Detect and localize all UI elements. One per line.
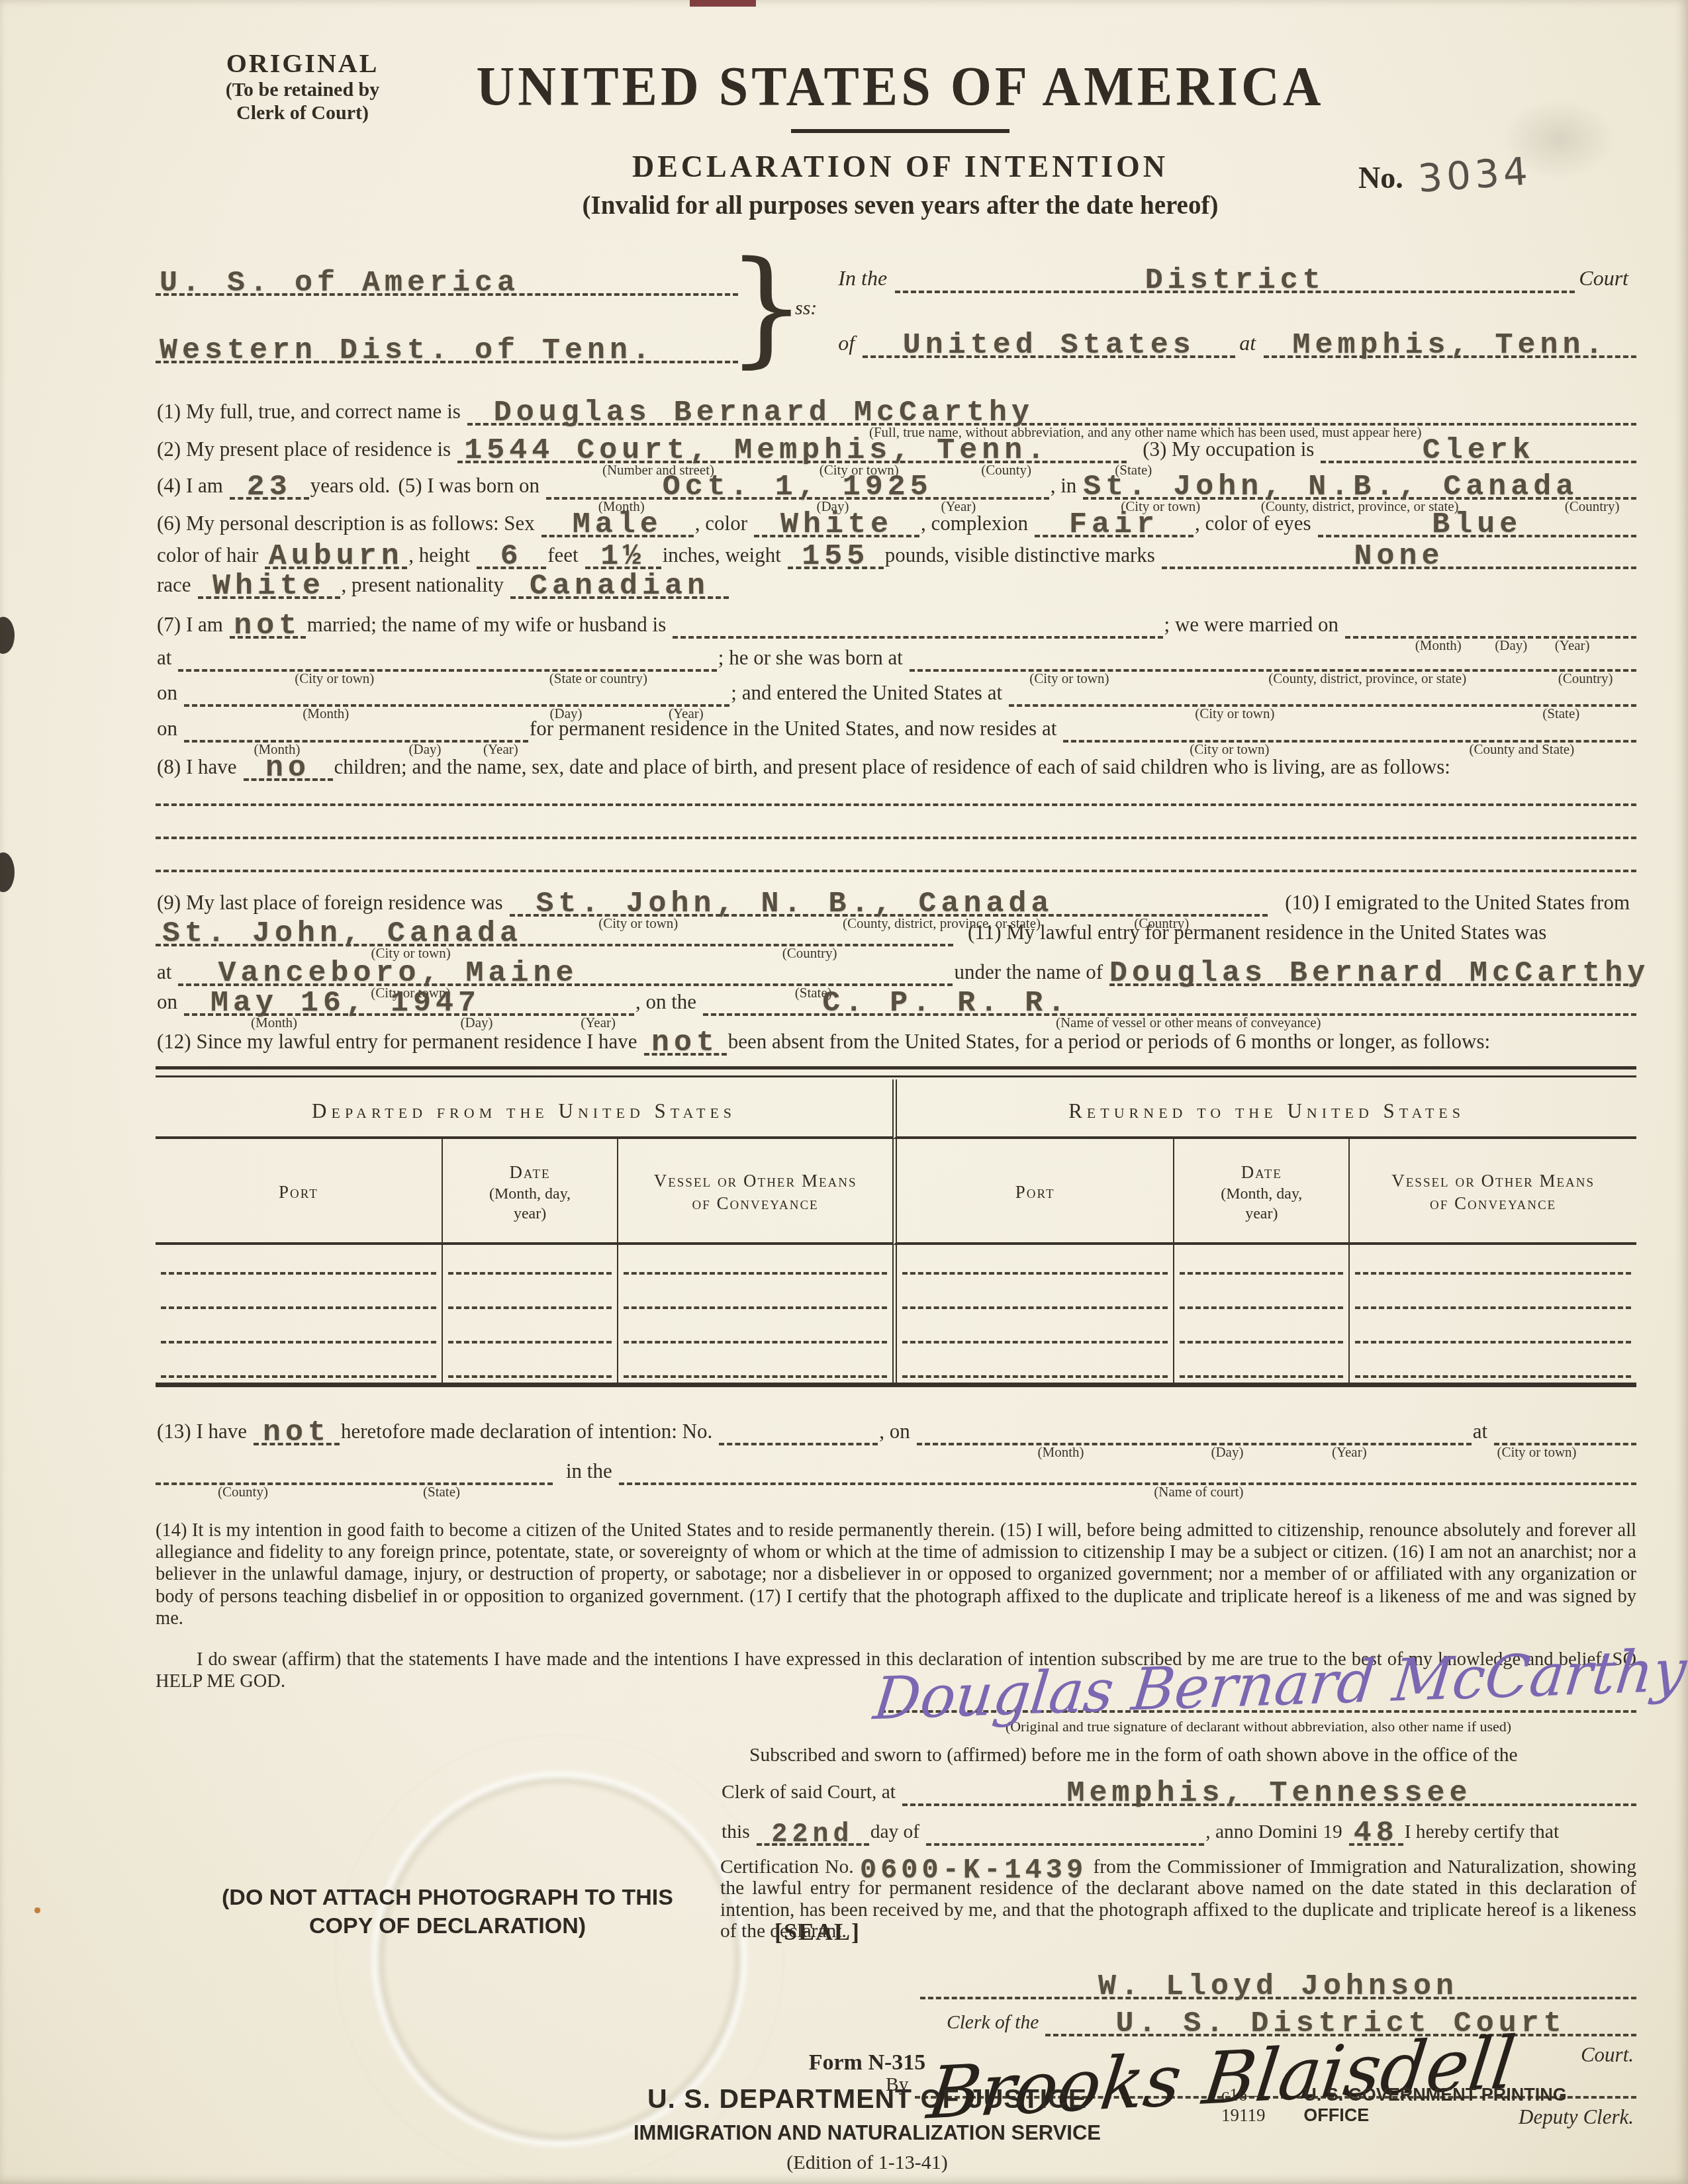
- q9-sub-country: (Country): [1134, 917, 1189, 931]
- clerk-of-the-label: Clerk of the: [945, 2012, 1045, 2036]
- day-of-label: day of: [869, 1821, 927, 1846]
- q7-row1: (7) I am not married; the name of my wif…: [156, 599, 1636, 639]
- table-cell: [1173, 1279, 1348, 1314]
- q13-sub-month: (Month): [1038, 1445, 1084, 1459]
- gpo-label: U. S. GOVERNMENT PRINTING OFFICE: [1303, 2085, 1617, 2126]
- q6-color: White: [780, 511, 893, 539]
- q7-perm-sub-year: (Year): [483, 743, 518, 756]
- table-cell: [1348, 1348, 1636, 1383]
- q6-hair: Auburn: [269, 543, 404, 571]
- court-title-row: Clerk of the U. S. District Court Court.: [945, 1999, 1636, 2036]
- q11-on-the-label: , on the: [634, 991, 703, 1016]
- table-cell: [617, 1279, 892, 1314]
- q6-eyes: Blue: [1432, 511, 1522, 539]
- q13-court-line: (Name of court): [619, 1482, 1636, 1485]
- q8-label: (8) I have: [156, 756, 244, 781]
- col-header-port-departed: Port: [156, 1139, 442, 1245]
- q7-at-line: (City or town) (State or country): [178, 669, 716, 672]
- q6-sex: Male: [573, 511, 663, 539]
- q11-name: Douglas Bernard McCarthy: [1109, 960, 1650, 988]
- q8-row: (8) I have no children; and the name, se…: [156, 743, 1636, 781]
- q6-color-line: White: [754, 506, 919, 537]
- q7-on-sub-month: (Month): [303, 707, 349, 721]
- year-value: 48: [1354, 1819, 1399, 1848]
- table-cell: [617, 1348, 892, 1383]
- q11-sub-vessel: (Name of vessel or other means of convey…: [1056, 1016, 1321, 1030]
- clerk-place-value: Memphis, Tennessee: [1066, 1780, 1472, 1808]
- department-name: U. S. DEPARTMENT OF JUSTICE: [629, 2083, 1105, 2115]
- table-cell: [442, 1245, 617, 1279]
- venue-line-1: U. S. of America: [156, 261, 738, 296]
- q13-label2: heretofore made declaration of intention…: [340, 1421, 719, 1445]
- table-cell: [1348, 1279, 1636, 1314]
- table-header-departed: Departed from the United States: [156, 1079, 892, 1139]
- col-header-date-returned: Date (Month, day, year): [1173, 1139, 1348, 1245]
- q13-date-line: (Month) (Day) (Year): [917, 1443, 1472, 1445]
- q7-perm-sub-day: (Day): [409, 743, 442, 756]
- q6-complexion-label: , complexion: [919, 513, 1035, 537]
- q7-perm-label: for permanent residence in the United St…: [528, 718, 1063, 743]
- clerk-name-row: W. Lloyd Johnson: [920, 1957, 1636, 1999]
- q13-value: not: [263, 1419, 330, 1447]
- children-blank-row: [156, 806, 1636, 839]
- q7-resides-sub-county: (County and State): [1470, 743, 1575, 756]
- q7-born-sub-city: (City or town): [1029, 672, 1109, 686]
- q7-sub-day: (Day): [1495, 639, 1527, 653]
- q7-entered-label: ; and entered the United States at: [729, 682, 1009, 707]
- printing-office-footer: c16—19119 U. S. GOVERNMENT PRINTING OFFI…: [1221, 2085, 1617, 2126]
- q6-marks-label: pounds, visible distinctive marks: [884, 545, 1162, 569]
- table-cell: [617, 1314, 892, 1348]
- q6-race-label: race: [156, 574, 198, 599]
- print-code: c16—19119: [1221, 2085, 1303, 2126]
- q4-label2: years old.: [309, 475, 397, 500]
- certification-text: from the Commissioner of Immigration and…: [720, 1856, 1636, 1942]
- photo-note-line2: COPY OF DECLARATION): [167, 1912, 728, 1940]
- q7-row4: on (Month) (Day) (Year) for permanent re…: [156, 707, 1636, 743]
- q13-on-label: , on: [878, 1421, 917, 1445]
- col-label: year): [514, 1204, 546, 1224]
- table-header-returned: Returned to the United States: [892, 1079, 1636, 1139]
- q11-vessel-line: C. P. R. R. (Name of vessel or other mea…: [703, 985, 1636, 1016]
- of-label: of: [834, 331, 863, 358]
- photo-note-line1: (DO NOT ATTACH PHOTOGRAPH TO THIS: [167, 1884, 728, 1912]
- court-of-value: United States: [903, 332, 1196, 360]
- q5-place: St. John, N.B., Canada: [1083, 473, 1578, 502]
- q10-line: St. John, Canada (City or town) (Country…: [156, 915, 953, 946]
- col-label: Vessel or Other Means: [1391, 1170, 1595, 1193]
- q6-sex-line: Male: [541, 506, 694, 537]
- col-label: of Conveyance: [1430, 1193, 1556, 1215]
- year-line: 48: [1349, 1815, 1403, 1846]
- at-label: at: [1235, 331, 1264, 358]
- q6-row3: race White , present nationality Canadia…: [156, 569, 1636, 599]
- q6-marks-line: None: [1162, 538, 1636, 569]
- brace-glyph: }: [738, 256, 795, 358]
- service-name: IMMIGRATION AND NATURALIZATION SERVICE: [629, 2121, 1105, 2145]
- col-label: (Month, day,: [1221, 1184, 1302, 1204]
- q5-date: Oct. 1, 1925: [663, 473, 933, 502]
- q7-value: not: [234, 612, 301, 641]
- q11-date-line: May 16, 1947 (Month) (Day) (Year): [184, 985, 634, 1016]
- venue-section: U. S. of America Western Dist. of Tenn. …: [156, 261, 1636, 363]
- clerk-at-label: Clerk of said Court, at: [720, 1782, 902, 1806]
- number-value: 3034: [1417, 148, 1533, 201]
- q5-place-line: St. John, N.B., Canada (City or town) (C…: [1083, 469, 1636, 500]
- table-cell: [156, 1279, 442, 1314]
- q7-on-line: (Month) (Day) (Year): [184, 704, 729, 707]
- blank-line: [156, 803, 1636, 806]
- q6-feet: 6: [500, 543, 523, 571]
- q6-race: White: [212, 572, 325, 601]
- q11-under-label: under the name of: [953, 962, 1109, 986]
- q12-label: (12) Since my lawful entry for permanent…: [156, 1031, 644, 1056]
- q6-weight: 155: [802, 543, 869, 571]
- form-body: (1) My full, true, and correct name is D…: [156, 387, 1636, 1711]
- absence-table: Departed from the United States Returned…: [156, 1079, 1636, 1387]
- q6-row2: color of hair Auburn , height 6 feet 1½ …: [156, 537, 1636, 569]
- q10-row: St. John, Canada (City or town) (Country…: [156, 917, 1636, 946]
- q6-color-label: , color: [694, 513, 754, 537]
- q5-label: (5) I was born on: [397, 475, 546, 500]
- table-cell: [617, 1245, 892, 1279]
- q11-vessel: C. P. R. R.: [822, 989, 1070, 1018]
- q4-value: 23: [247, 473, 292, 502]
- q6-complexion: Fair: [1069, 511, 1159, 539]
- q11-date: May 16, 1947: [211, 989, 481, 1018]
- table-cell: [442, 1314, 617, 1348]
- jurat-section: Douglas Bernard McCarthy (Original and t…: [720, 1643, 1636, 2099]
- q6-feet-line: 6: [477, 538, 546, 569]
- subscribed-line: Subscribed and sworn to (affirmed) befor…: [720, 1745, 1636, 1766]
- q13-sub-day: (Day): [1211, 1445, 1243, 1459]
- q6-inches-word: inches, weight: [661, 545, 788, 569]
- court-of-row: of United States at Memphis, Tenn.: [834, 326, 1636, 358]
- court-word: Court: [1575, 266, 1636, 293]
- q7-born-line: (City or town) (County, district, provin…: [910, 669, 1636, 672]
- q7-spouse-line: [673, 636, 1162, 639]
- table-cell: [1173, 1348, 1348, 1383]
- q6-hair-line: Auburn: [265, 538, 407, 569]
- q11-name-line: Douglas Bernard McCarthy: [1109, 955, 1636, 986]
- q4-q5-row: (4) I am 23 years old. (5) I was born on…: [156, 463, 1636, 500]
- q7-entered-line: (City or town) (State): [1009, 704, 1636, 707]
- q7-sub-month: (Month): [1415, 639, 1462, 653]
- q7-row2: at (City or town) (State or country) ; h…: [156, 639, 1636, 672]
- q11-sub-month: (Month): [251, 1016, 297, 1030]
- q13-county-line: (County) (State): [156, 1482, 553, 1485]
- court-at-line: Memphis, Tenn.: [1264, 327, 1636, 358]
- q7-on-sub-day: (Day): [550, 707, 583, 721]
- q7-on2-label: on: [156, 718, 184, 743]
- q13-line: not: [254, 1414, 340, 1445]
- q13-sub-court: (Name of court): [1154, 1485, 1243, 1499]
- anno-domini-label: , anno Domini 19: [1204, 1821, 1349, 1846]
- punch-hole: [0, 852, 15, 892]
- q3-label: (3) My occupation is: [1127, 439, 1321, 463]
- q7-label: (7) I am: [156, 614, 230, 639]
- q7-on-sub-year: (Year): [669, 707, 704, 721]
- q6-hair-label: color of hair: [156, 545, 265, 569]
- table-cell: [892, 1348, 1173, 1383]
- children-blank-row: [156, 781, 1636, 806]
- table-cell: [156, 1245, 442, 1279]
- q9-label: (9) My last place of foreign residence w…: [156, 892, 510, 917]
- q11-place-line: Vanceboro, Maine (City or town) (State): [178, 955, 953, 986]
- q7-married-date-line: (Month) (Day) (Year): [1345, 636, 1636, 639]
- court-word-label: Court.: [1581, 2043, 1634, 2067]
- blank-line: [156, 870, 1636, 872]
- q7-at-label: at: [156, 647, 178, 672]
- q9-line: St. John, N. B., Canada (City or town) (…: [510, 886, 1268, 917]
- clerk-name-value: W. Lloyd Johnson: [1098, 1973, 1458, 2001]
- q6-weight-line: 155: [788, 538, 884, 569]
- table-cell: [1348, 1314, 1636, 1348]
- table-cell: [156, 1314, 442, 1348]
- court-name-line: District: [895, 262, 1575, 293]
- q7-married-line: not: [230, 608, 306, 639]
- table-cell: [892, 1314, 1173, 1348]
- table-cell: [442, 1348, 617, 1383]
- q7-perm-date-line: (Month) (Day) (Year): [184, 740, 528, 743]
- q7-born-label: ; he or she was born at: [717, 647, 910, 672]
- q7-spouse-label: married; the name of my wife or husband …: [306, 614, 673, 639]
- col-label: (Month, day,: [489, 1184, 571, 1204]
- day-line: 22nd: [757, 1818, 869, 1846]
- certification-paragraph: Certification No. 0600-K-1439 from the C…: [720, 1856, 1636, 1942]
- q7-entered-sub-city: (City or town): [1195, 707, 1274, 721]
- q7-resides-sub-city: (City or town): [1190, 743, 1269, 756]
- q7-at-sub-state: (State or country): [549, 672, 647, 686]
- q7-entered-sub-state: (State): [1542, 707, 1579, 721]
- photo-instruction-note: (DO NOT ATTACH PHOTOGRAPH TO THIS COPY O…: [167, 1884, 728, 1940]
- this-label: this: [720, 1821, 757, 1846]
- clerk-place-row: Clerk of said Court, at Memphis, Tenness…: [720, 1766, 1636, 1806]
- q8-label2: children; and the name, sex, date and pl…: [333, 756, 1457, 781]
- ss-label: ss:: [795, 297, 817, 320]
- edition-note: (Edition of 1-13-41): [629, 2152, 1105, 2174]
- table-cell: [1173, 1314, 1348, 1348]
- court-name-row: In the District Court: [834, 261, 1636, 293]
- q13-row1: (13) I have not heretofore made declarat…: [156, 1411, 1636, 1445]
- table-top-rule: [156, 1066, 1636, 1077]
- q12-value: not: [651, 1029, 719, 1058]
- q5-sub-year: (Year): [941, 500, 976, 514]
- q7-born-sub-county: (County, district, province, or state): [1268, 672, 1466, 686]
- q11-row2: on May 16, 1947 (Month) (Day) (Year) , o…: [156, 986, 1636, 1016]
- q11-on-label: on: [156, 991, 184, 1016]
- clerk-place-line: Memphis, Tennessee: [902, 1775, 1636, 1806]
- certification-label: Certification No.: [720, 1856, 854, 1878]
- q7-born-sub-country: (Country): [1558, 672, 1613, 686]
- col-label: Vessel or Other Means: [654, 1170, 857, 1193]
- q12-row: (12) Since my lawful entry for permanent…: [156, 1016, 1636, 1056]
- table-cell: [156, 1348, 442, 1383]
- q11-label: (11) My lawful entry for permanent resid…: [953, 922, 1553, 946]
- q1-label: (1) My full, true, and correct name is: [156, 401, 467, 426]
- q9-value: St. John, N. B., Canada: [536, 890, 1054, 919]
- q2-label: (2) My present place of residence is: [156, 439, 457, 463]
- q5-in-label: , in: [1049, 475, 1084, 500]
- court-of-line: United States: [863, 327, 1235, 358]
- venue-line-2: Western Dist. of Tenn.: [156, 329, 738, 363]
- clerk-name-line: W. Lloyd Johnson: [920, 1968, 1636, 1999]
- q13-sub-state: (State): [423, 1485, 460, 1499]
- q7-resides-line: (City or town) (County and State): [1063, 740, 1636, 743]
- day-value: 22nd: [772, 1823, 854, 1848]
- q10-value: St. John, Canada: [162, 920, 522, 948]
- q11-place: Vanceboro, Maine: [218, 960, 578, 988]
- q7-on-label: on: [156, 682, 184, 707]
- q6-eyes-label: , color of eyes: [1194, 513, 1318, 537]
- form-footer: Form N-315 U. S. DEPARTMENT OF JUSTICE I…: [629, 2050, 1105, 2174]
- q6-complexion-line: Fair: [1035, 506, 1194, 537]
- date-row: this 22nd day of , anno Domini 19 48 I h…: [720, 1806, 1636, 1846]
- q6-race-line: White: [198, 568, 340, 599]
- col-label: Port: [1015, 1181, 1055, 1204]
- q13-label: (13) I have: [156, 1421, 254, 1445]
- children-blank-row: [156, 839, 1636, 872]
- q13-sub-city: (City or town): [1497, 1445, 1576, 1459]
- page-title: UNITED STATES OF AMERICA: [56, 55, 1688, 119]
- q9-row: (9) My last place of foreign residence w…: [156, 872, 1636, 917]
- q4-label: (4) I am: [156, 475, 230, 500]
- q5-date-line: Oct. 1, 1925 (Month) (Day) (Year): [546, 469, 1049, 500]
- q2-line: 1544 Court, Memphis, Tenn. (Number and s…: [457, 432, 1127, 463]
- court-name-value: District: [1145, 267, 1325, 295]
- q4-line: 23: [230, 469, 309, 500]
- in-the-label: In the: [834, 266, 895, 293]
- q11-sub-day: (Day): [461, 1016, 493, 1030]
- q1-value: Douglas Bernard McCarthy: [494, 399, 1034, 428]
- title-rule: [791, 129, 1009, 133]
- q6-inches: 1½: [600, 543, 645, 571]
- col-label: Date: [1241, 1161, 1282, 1184]
- q7-sub-year: (Year): [1555, 639, 1590, 653]
- col-label: Date: [509, 1161, 550, 1184]
- table-cell: [442, 1279, 617, 1314]
- q13-sub-county: (County): [218, 1485, 268, 1499]
- q7-at-sub-city: (City or town): [295, 672, 374, 686]
- table-cell: [892, 1245, 1173, 1279]
- blank-line: [156, 837, 1636, 839]
- col-label: Port: [279, 1181, 318, 1204]
- q1-line: Douglas Bernard McCarthy (Full, true nam…: [467, 394, 1636, 426]
- q6-inches-line: 1½: [585, 538, 661, 569]
- q6-eyes-line: Blue: [1318, 506, 1636, 537]
- q10-label: (10) I emigrated to the United States fr…: [1268, 892, 1636, 917]
- court-at-value: Memphis, Tenn.: [1293, 332, 1608, 360]
- declarant-signature-line: Douglas Bernard McCarthy: [880, 1643, 1636, 1713]
- document-number: No. 3034: [1358, 152, 1531, 197]
- q7-married-on-label: ; we were married on: [1163, 614, 1345, 639]
- scan-edge-mark: [690, 0, 756, 7]
- month-line: [926, 1843, 1204, 1846]
- q6-height-label: , height: [407, 545, 477, 569]
- col-label: year): [1245, 1204, 1278, 1224]
- venue-district: Western Dist. of Tenn.: [160, 337, 655, 365]
- q12-label2: been absent from the United States, for …: [727, 1031, 1497, 1056]
- q6-feet-word: feet: [546, 545, 585, 569]
- number-label: No.: [1358, 160, 1403, 195]
- venue-plaintiff: U. S. of America: [160, 269, 520, 298]
- affirmation-paragraph: (14) It is my intention in good faith to…: [156, 1520, 1636, 1630]
- q11-sub-year: (Year): [581, 1016, 616, 1030]
- q2-value: 1544 Court, Memphis, Tenn.: [464, 437, 1049, 465]
- punch-hole: [0, 617, 15, 654]
- q6-nationality-line: Canadian: [510, 568, 729, 599]
- table-cell: [1348, 1245, 1636, 1279]
- col-label: of Conveyance: [692, 1193, 819, 1215]
- q3-value: Clerk: [1423, 437, 1535, 465]
- q11-at-label: at: [156, 962, 178, 986]
- q13-at-label: at: [1472, 1421, 1494, 1445]
- q8-line: no: [244, 750, 333, 781]
- col-header-vessel-departed: Vessel or Other Means of Conveyance: [617, 1139, 892, 1245]
- q13-row2: (County) (State) in the (Name of court): [156, 1445, 1636, 1485]
- q8-value: no: [265, 754, 310, 783]
- declaration-of-intention-document: ORIGINAL (To be retained by Clerk of Cou…: [0, 0, 1688, 2184]
- q3-line: Clerk: [1321, 432, 1636, 463]
- q13-sub-year: (Year): [1332, 1445, 1367, 1459]
- col-header-date-departed: Date (Month, day, year): [442, 1139, 617, 1245]
- form-number: Form N-315: [629, 2050, 1105, 2075]
- q6-nationality: Canadian: [530, 572, 710, 601]
- q12-line: not: [644, 1024, 727, 1056]
- venue-left: U. S. of America Western Dist. of Tenn.: [156, 261, 738, 363]
- q6-label: (6) My personal description is as follow…: [156, 513, 541, 537]
- q6-marks: None: [1354, 543, 1444, 571]
- col-header-port-returned: Port: [892, 1139, 1173, 1245]
- q1-row: (1) My full, true, and correct name is D…: [156, 387, 1636, 426]
- q13-in-the-label: in the: [553, 1461, 619, 1485]
- venue-right: In the District Court of United States a…: [817, 261, 1636, 363]
- certify-label: I hereby certify that: [1403, 1821, 1566, 1846]
- q6-nationality-label: , present nationality: [340, 574, 510, 599]
- q13-city-line: (City or town): [1494, 1443, 1636, 1445]
- table-cell: [892, 1279, 1173, 1314]
- q13-number-line: [719, 1443, 878, 1445]
- table-cell: [1173, 1245, 1348, 1279]
- paper-speck: [34, 1907, 40, 1913]
- col-header-vessel-returned: Vessel or Other Means of Conveyance: [1348, 1139, 1636, 1245]
